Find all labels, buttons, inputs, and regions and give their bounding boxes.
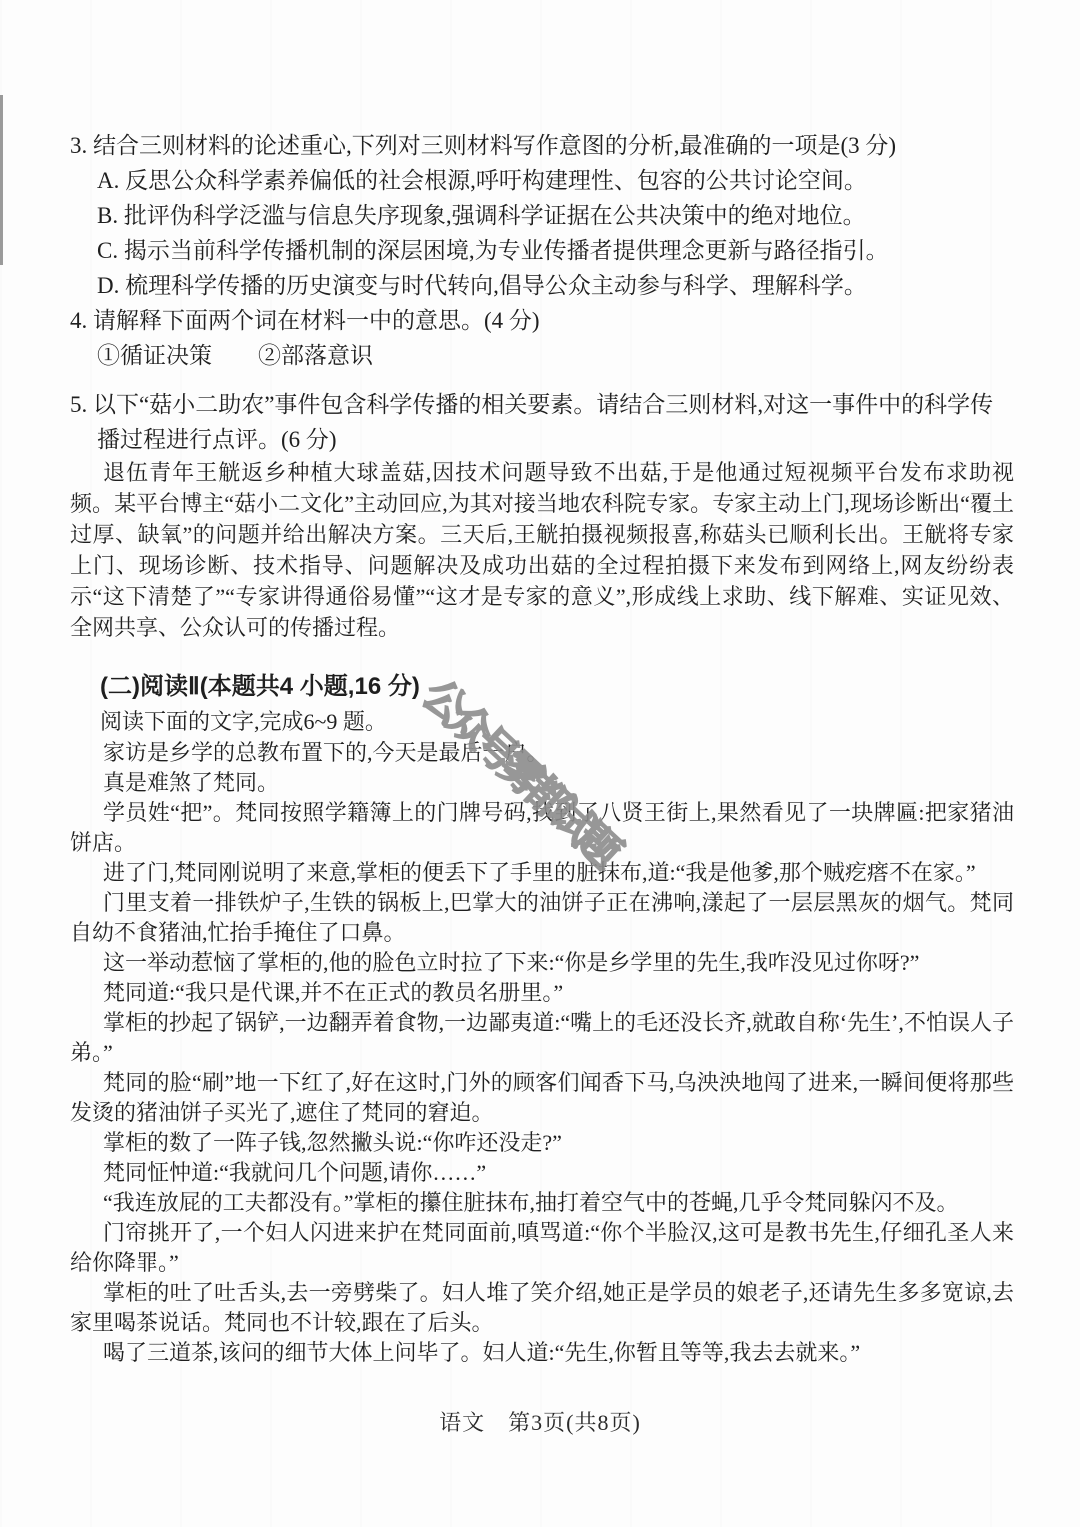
story-paragraph: 学员姓“把”。梵同按照学籍簿上的门牌号码,找到了八贤王街上,果然看见了一块牌匾:… <box>70 798 1014 858</box>
exam-page: 公众号雾都试题 3. 结合三则材料的论述重心,下列对三则材料写作意图的分析,最准… <box>0 0 1080 1527</box>
story-paragraph: 喝了三道茶,该问的细节大体上问毕了。妇人道:“先生,你暂且等等,我去去就来。” <box>70 1338 1014 1368</box>
story-paragraph: 这一举动惹恼了掌柜的,他的脸色立时拉了下来:“你是乡学里的先生,我咋没见过你呀?… <box>70 948 1014 978</box>
question-3-option: D. 梳理科学传播的历史演变与时代转向,倡导公众主动参与科学、理解科学。 <box>70 268 1014 303</box>
story-paragraph: 家访是乡学的总教布置下的,今天是最后一户。 <box>70 738 1014 768</box>
story-paragraph: 掌柜的抄起了锅铲,一边翻弄着食物,一边鄙夷道:“嘴上的毛还没长齐,就敢自称‘先生… <box>70 1008 1014 1068</box>
question-3-option: A. 反思公众科学素养偏低的社会根源,呼吁构建理性、包容的公共讨论空间。 <box>70 163 1014 198</box>
question-3-option: C. 揭示当前科学传播机制的深层困境,为专业传播者提供理念更新与路径指引。 <box>70 233 1014 268</box>
question-3-stem: 3. 结合三则材料的论述重心,下列对三则材料写作意图的分析,最准确的一项是(3 … <box>70 128 1014 163</box>
story-paragraph: “我连放屁的工夫都没有。”掌柜的攥住脏抹布,抽打着空气中的苍蝇,几乎令梵同躲闪不… <box>70 1188 1014 1218</box>
page-footer: 语文 第3页(共8页) <box>0 1406 1080 1437</box>
story-paragraph: 梵同怔忡道:“我就问几个问题,请你……” <box>70 1158 1014 1188</box>
story-paragraph: 真是难煞了梵同。 <box>70 768 1014 798</box>
story-paragraph: 掌柜的数了一阵子钱,忽然撇头说:“你咋还没走?” <box>70 1128 1014 1158</box>
question-5-passage: 退伍青年王觥返乡种植大球盖菇,因技术问题导致不出菇,于是他通过短视频平台发布求助… <box>70 457 1014 643</box>
section-2-intro: 阅读下面的文字,完成6~9 题。 <box>70 705 1014 738</box>
story-paragraph: 梵同的脸“刷”地一下红了,好在这时,门外的顾客们闻香下马,乌泱泱地闯了进来,一瞬… <box>70 1068 1014 1128</box>
story-paragraph: 进了门,梵同刚说明了来意,掌柜的便丢下了手里的脏抹布,道:“我是他爹,那个贼疙瘩… <box>70 858 1014 888</box>
story-paragraph: 门帘挑开了,一个妇人闪进来护在梵同面前,嗔骂道:“你个半脸汉,这可是教书先生,仔… <box>70 1218 1014 1278</box>
story-paragraph: 门里支着一排铁炉子,生铁的锅板上,巴掌大的油饼子正在沸响,漾起了一层层黑灰的烟气… <box>70 888 1014 948</box>
question-4-stem: 4. 请解释下面两个词在材料一中的意思。(4 分) <box>70 303 1014 338</box>
question-3-options: A. 反思公众科学素养偏低的社会根源,呼吁构建理性、包容的公共讨论空间。B. 批… <box>70 163 1014 303</box>
question-3-option: B. 批评伪科学泛滥与信息失序现象,强调科学证据在公共决策中的绝对地位。 <box>70 198 1014 233</box>
scan-edge-artifact <box>0 95 3 265</box>
question-5-stem: 5. 以下“菇小二助农”事件包含科学传播的相关要素。请结合三则材料,对这一事件中… <box>70 387 1014 457</box>
page-content: 3. 结合三则材料的论述重心,下列对三则材料写作意图的分析,最准确的一项是(3 … <box>70 128 1014 1368</box>
story-paragraph: 梵同道:“我只是代课,并不在正式的教员名册里。” <box>70 978 1014 1008</box>
question-4-terms: ①循证决策 ②部落意识 <box>70 338 1014 373</box>
section-2-heading: (二)阅读Ⅱ(本题共4 小题,16 分) <box>70 669 1014 705</box>
story-paragraph: 掌柜的吐了吐舌头,去一旁劈柴了。妇人堆了笑介绍,她正是学员的娘老子,还请先生多多… <box>70 1278 1014 1338</box>
story-paragraphs: 家访是乡学的总教布置下的,今天是最后一户。真是难煞了梵同。学员姓“把”。梵同按照… <box>70 738 1014 1368</box>
